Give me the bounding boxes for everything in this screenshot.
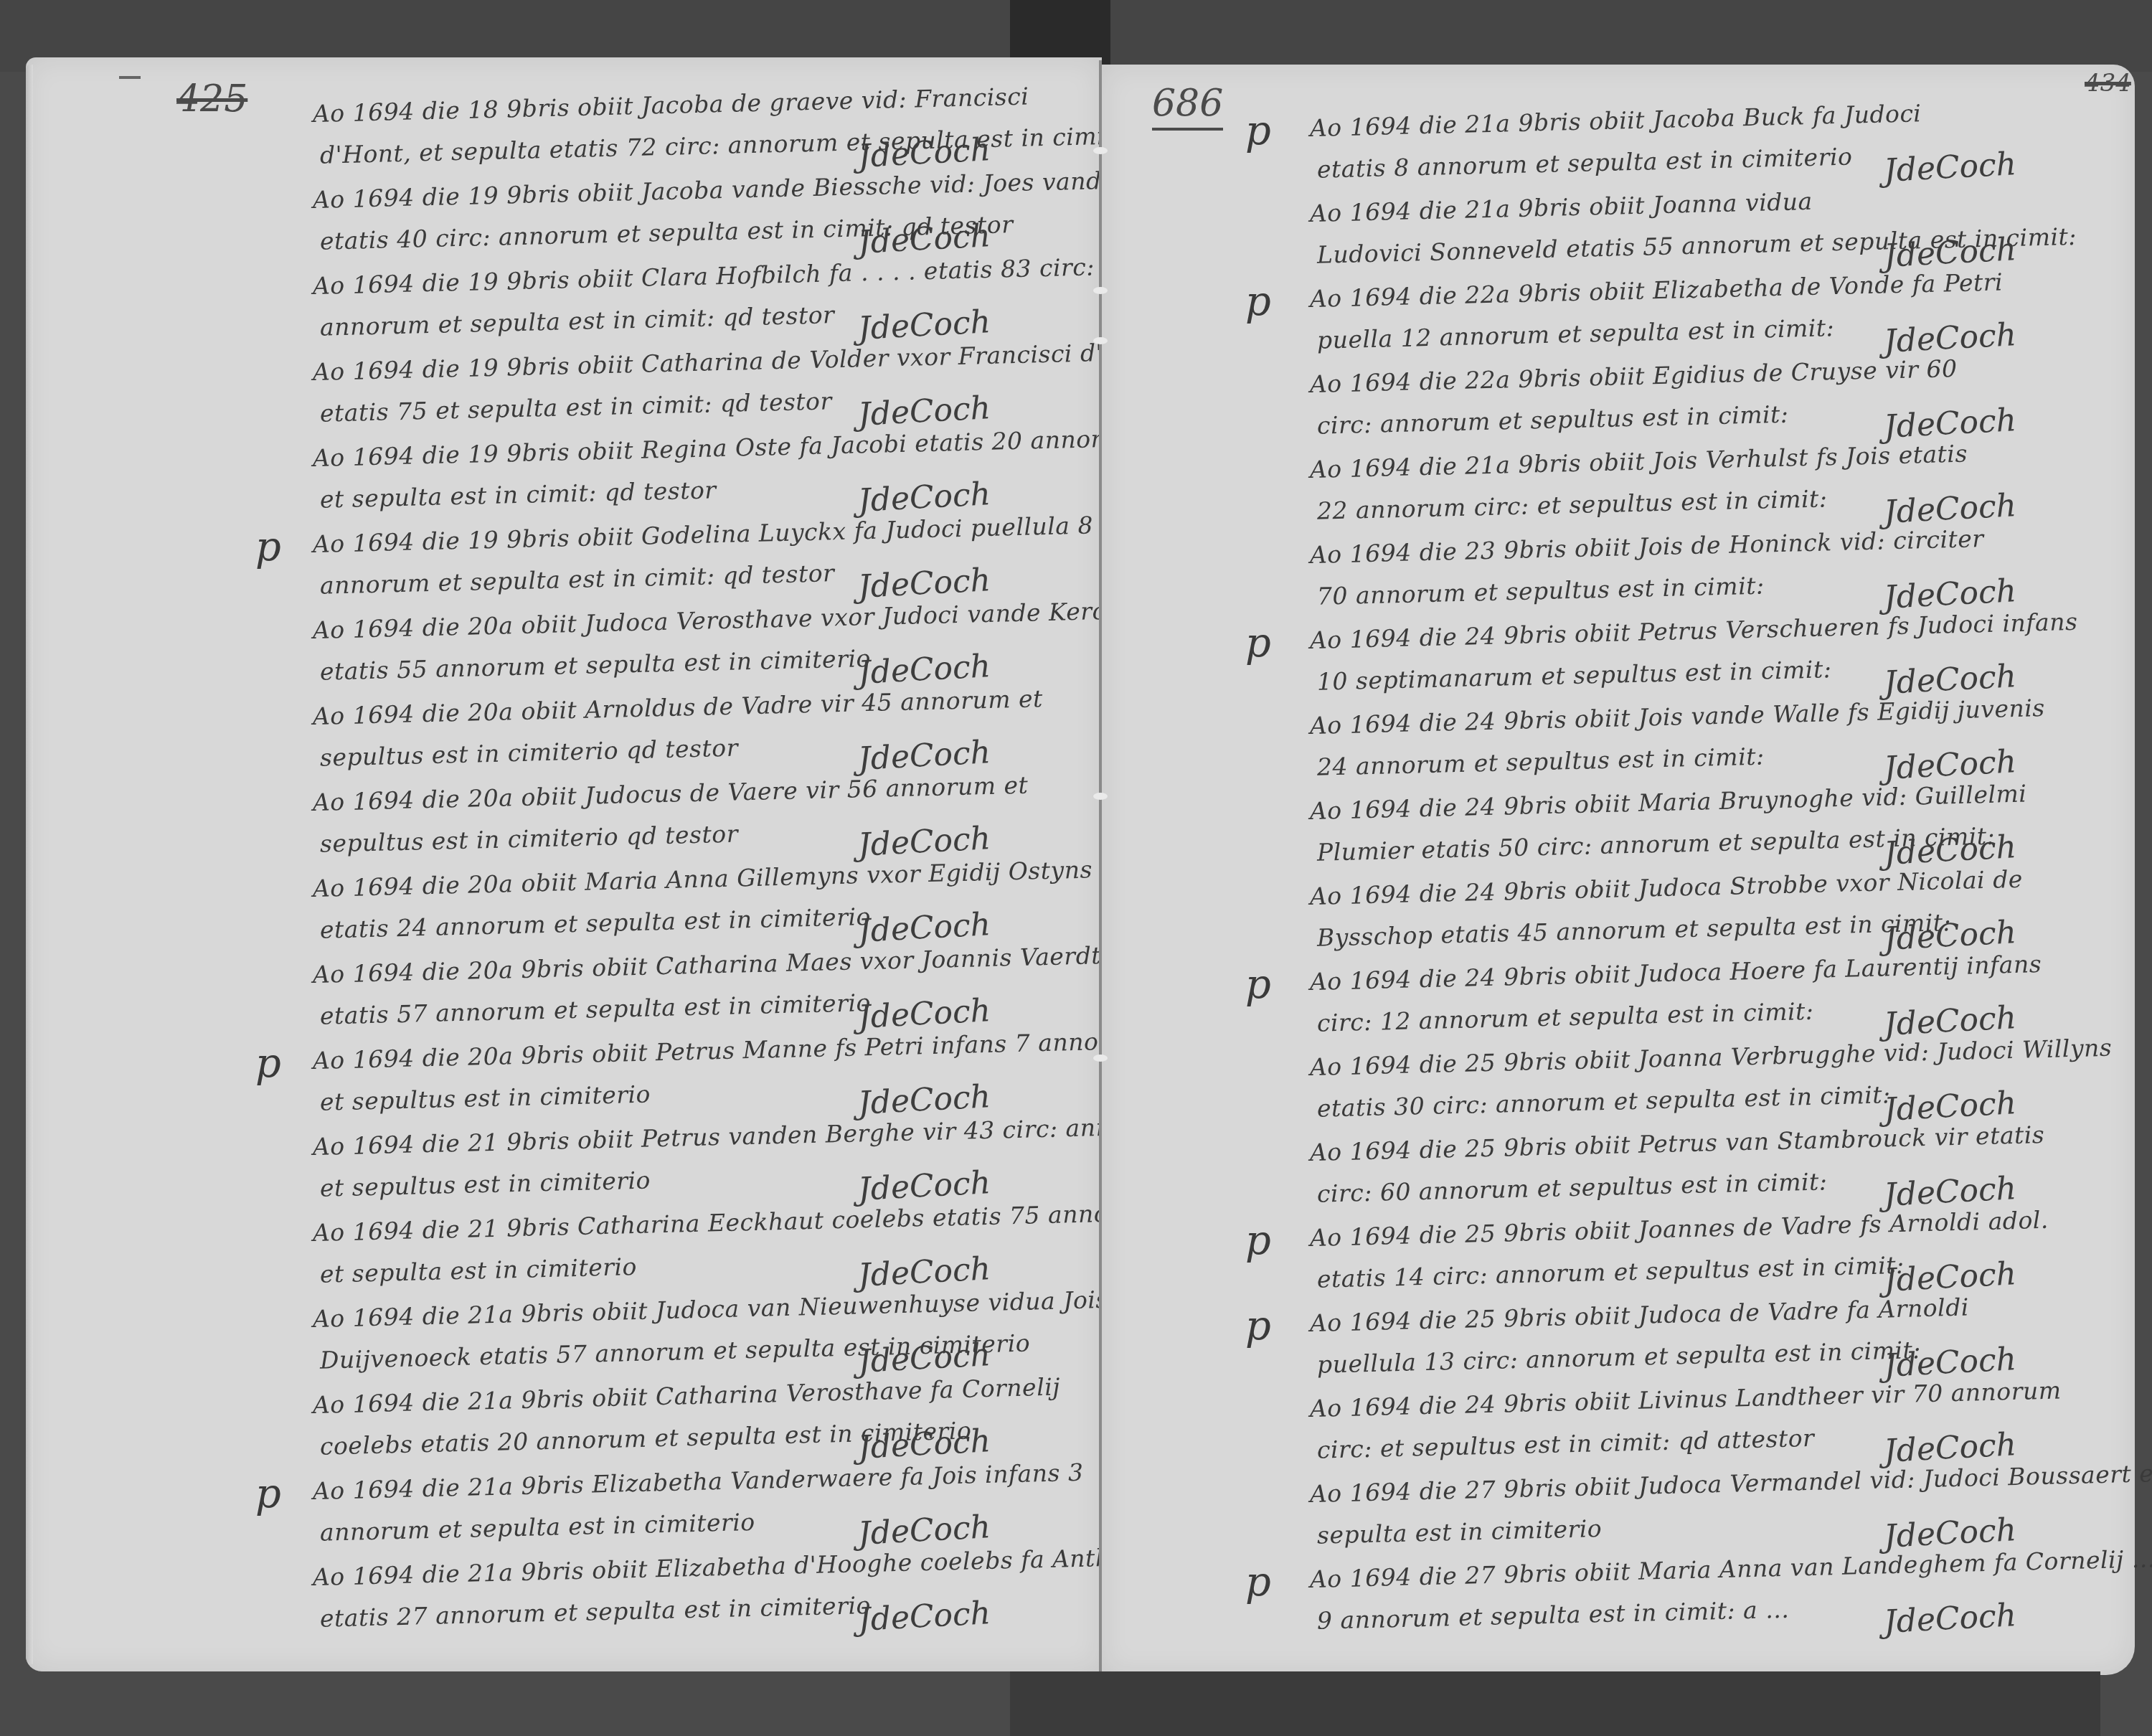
binding-stitch xyxy=(1093,1055,1108,1062)
left-page: 425 Ao 1694 die 18 9bris obiit Jacoba de… xyxy=(26,57,1102,1671)
margin-mark: p xyxy=(1245,1559,1271,1605)
binding-stitch xyxy=(1093,287,1108,294)
register-entry: Ao 1694 die 27 9bris obiit Maria Anna va… xyxy=(1310,1559,2099,1644)
book-cover-bottom xyxy=(1010,1671,2100,1736)
struck-folio-number: 425 xyxy=(176,77,247,121)
margin-mark: p xyxy=(1245,108,1271,154)
margin-mark: p xyxy=(1245,620,1271,666)
entries-list: Ao 1694 die 18 9bris obiit Jacoba de gra… xyxy=(313,93,1102,1643)
priest-signature: JdeCoch xyxy=(857,1595,991,1638)
folio-number: 686 xyxy=(1152,82,1223,131)
margin-mark: p xyxy=(1245,1303,1271,1349)
binding-stitch xyxy=(1093,337,1108,344)
book-gutter xyxy=(1099,60,1102,1674)
right-page: 686 434 Ao 1694 die 21a 9bris obiit Jaco… xyxy=(1102,65,2135,1675)
margin-mark: p xyxy=(1245,278,1271,325)
margin-dash xyxy=(119,76,141,79)
margin-mark: p xyxy=(255,1040,281,1087)
margin-mark: p xyxy=(255,1471,281,1517)
priest-signature: JdeCoch xyxy=(1883,1597,2017,1641)
entries-list: Ao 1694 die 21a 9bris obiit Jacoba Buck … xyxy=(1310,108,2099,1644)
margin-mark: p xyxy=(1245,961,1271,1008)
book-cover-spine xyxy=(1010,0,1110,65)
margin-mark: p xyxy=(255,524,281,570)
binding-stitch xyxy=(1093,147,1108,154)
margin-mark: p xyxy=(1245,1217,1271,1264)
binding-stitch xyxy=(1093,793,1108,800)
register-entry: Ao 1694 die 21a 9bris obiit Elizabetha d… xyxy=(313,1557,1102,1643)
